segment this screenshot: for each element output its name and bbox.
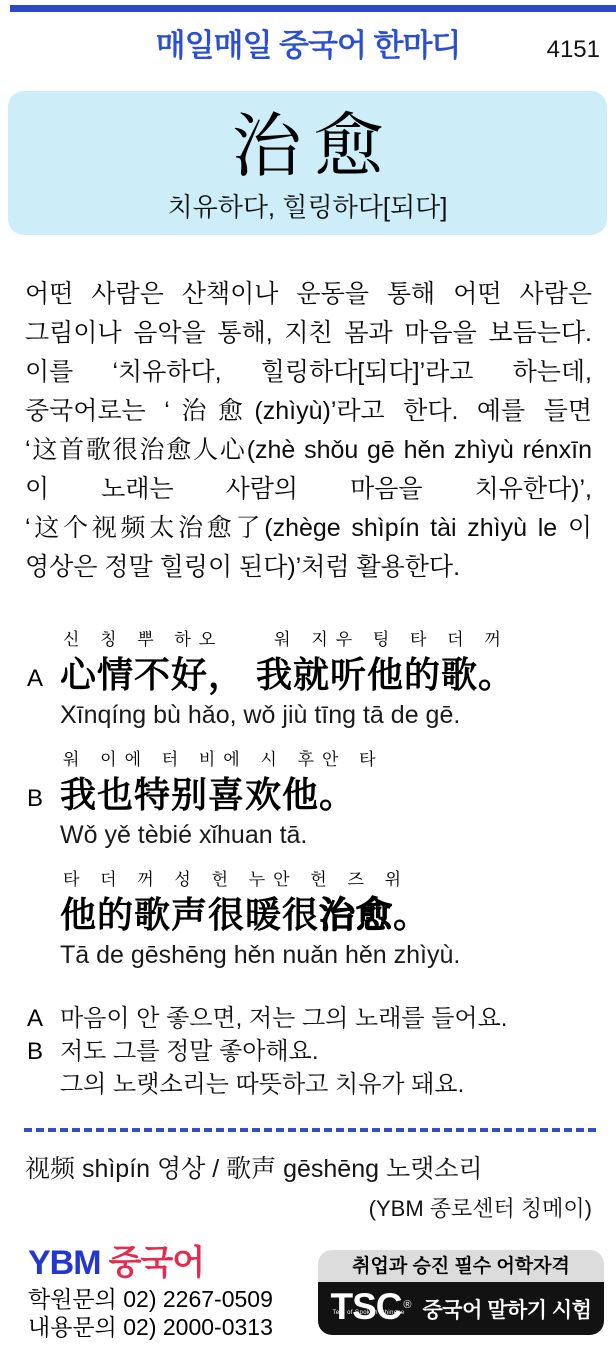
credit-line: (YBM 종로센터 칭메이) [0,1195,592,1222]
dashed-divider [24,1128,596,1132]
hanzi-normal: 他的歌声很暖很 [60,894,319,935]
pronunciation-guide: 워 이에 터 비에 시 후안 타 [63,749,616,771]
issue-number: 4151 [547,36,600,64]
pinyin-line: Wǒ yě tèbié xǐhuan tā. [60,819,616,852]
hanzi-row: B 我也特别喜欢他。 [27,771,616,819]
speaker-label [27,1068,60,1101]
ybm-brand-text: 중국어 [109,1244,205,1282]
header: 매일매일 중국어 한마디 4151 [0,26,616,72]
translation-line-b: B 저도 그를 정말 좋아해요. [27,1035,616,1068]
translation-line-a: A 마음이 안 좋으면, 저는 그의 노래를 들어요. [27,1002,616,1035]
page-title: 매일매일 중국어 한마디 [0,26,616,66]
dialogue-line-b1: 워 이에 터 비에 시 후안 타 B 我也特别喜欢他。 Wǒ yě tèbié … [27,749,616,852]
dialogue-line-b2: 타 더 꺼 성 헌 누안 헌 즈 위 他的歌声很暖很治愈。 Tā de gēsh… [27,869,616,972]
tsc-subtext: Test of Spoken Chinese [333,1295,405,1332]
hanzi-tail: 。 [393,894,430,935]
ybm-logo: YBM중국어 [28,1245,204,1281]
pronunciation-guide: 타 더 꺼 성 헌 누안 헌 즈 위 [63,869,616,891]
vocab-line: 视频 shìpín 영상 / 歌声 gēshēng 노랫소리 [25,1153,592,1186]
contact-content: 내용문의 02) 2000-0313 [28,1313,273,1341]
pinyin-line: Xīnqíng bù hǎo, wǒ jiù tīng tā de gē. [60,699,616,732]
speaker-label: A [27,1002,60,1035]
hanzi-sentence: 我也特别喜欢他。 [60,771,356,819]
hanzi-normal: 心情不好， 我就听他的歌。 [60,654,515,695]
pinyin-line: Tā de gēshēng hěn nuǎn hěn zhìyù. [60,939,616,972]
top-accent-rule [10,5,616,12]
speaker-label: A [27,659,60,699]
speaker-label: B [27,779,60,819]
footer: YBM중국어 학원문의 02) 2267-0509 내용문의 02) 2000-… [0,1243,616,1357]
translation-text: 저도 그를 정말 좋아해요. [60,1035,319,1068]
phrase-hanzi: 治愈 [220,105,396,187]
dialogue-section: 신 칭 뿌 하오 워 지우 팅 타 더 꺼 A 心情不好， 我就听他的歌。 Xī… [27,629,616,972]
contact-academy: 학원문의 02) 2267-0509 [28,1285,273,1313]
translation-line-b-cont: 그의 노랫소리는 따뜻하고 치유가 돼요. [27,1068,616,1101]
explanation-paragraph: 어떤 사람은 산책이나 운동을 통해 어떤 사람은 그림이나 음악을 통해, 지… [25,275,592,587]
hanzi-normal: 我也特别喜欢他。 [60,774,356,815]
contact-info: 학원문의 02) 2267-0509 내용문의 02) 2000-0313 [28,1285,273,1341]
tsc-badge-label: 중국어 말하기 시험 [423,1294,592,1324]
dialogue-line-a: 신 칭 뿌 하오 워 지우 팅 타 더 꺼 A 心情不好， 我就听他的歌。 Xī… [27,629,616,732]
tsc-badge-tagline: 취업과 승진 필수 어학자격 [318,1250,604,1282]
hanzi-sentence: 他的歌声很暖很治愈。 [60,891,430,939]
translation-text: 그의 노랫소리는 따뜻하고 치유가 돼요. [60,1068,464,1101]
tsc-logo: TSC®Test of Spoken Chinese [331,1288,411,1325]
phrase-card: 治愈 치유하다, 힐링하다[되다] [8,91,607,235]
phrase-meaning: 치유하다, 힐링하다[되다] [167,192,447,222]
tsc-badge-body: TSC®Test of Spoken Chinese 중국어 말하기 시험 [318,1282,604,1335]
speaker-label: B [27,1035,60,1068]
translation-text: 마음이 안 좋으면, 저는 그의 노래를 들어요. [60,1002,507,1035]
tsc-badge: 취업과 승진 필수 어학자격 TSC®Test of Spoken Chines… [318,1250,604,1335]
hanzi-row: 他的歌声很暖很治愈。 [27,891,616,939]
translation-section: A 마음이 안 좋으면, 저는 그의 노래를 들어요. B 저도 그를 정말 좋… [27,1002,616,1101]
ybm-logo-text: YBM [28,1244,101,1282]
pronunciation-guide: 신 칭 뿌 하오 워 지우 팅 타 더 꺼 [63,629,616,651]
hanzi-sentence: 心情不好， 我就听他的歌。 [60,651,515,699]
hanzi-emphasis: 治愈 [319,894,393,935]
hanzi-row: A 心情不好， 我就听他的歌。 [27,651,616,699]
